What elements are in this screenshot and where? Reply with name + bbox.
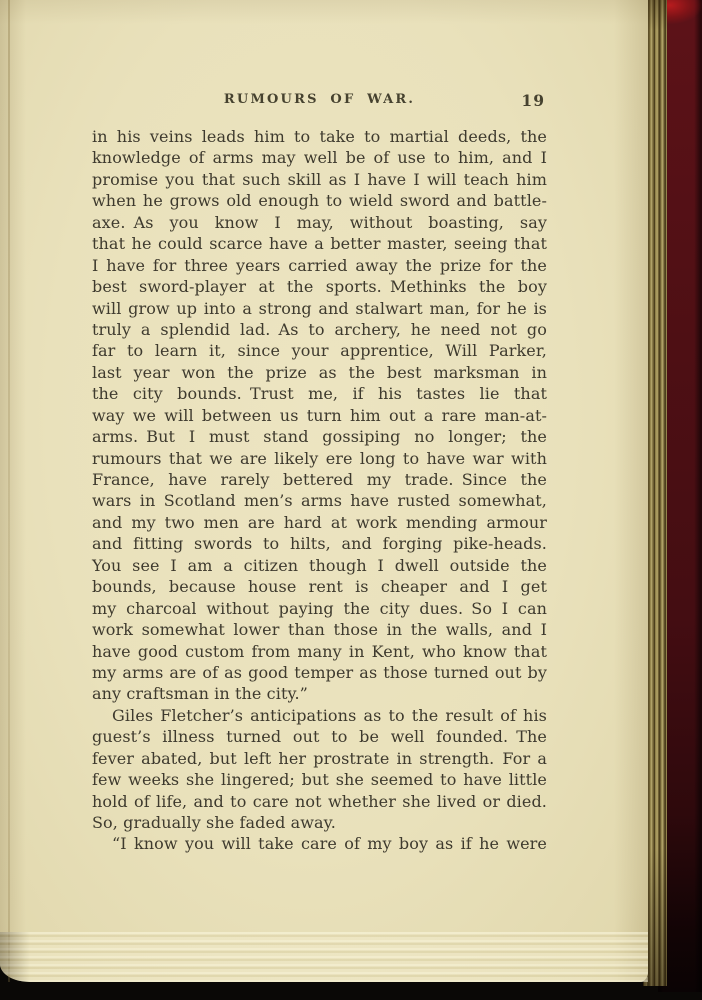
text-line: promise you that such skill as I have I … (92, 169, 547, 190)
text-line: rumours that we are likely ere long to h… (92, 448, 547, 469)
book-page: RUMOURS OF WAR. 19 in his veins leads hi… (0, 0, 648, 982)
text-line: work somewhat lower than those in the wa… (92, 619, 547, 640)
text-line: hold of life, and to care not whether sh… (92, 791, 547, 812)
text-line: bounds, because house rent is cheaper an… (92, 576, 547, 597)
text-line: France, have rarely bettered my trade. S… (92, 469, 547, 490)
text-line: that he could scarce have a better maste… (92, 233, 547, 254)
text-line: my charcoal without paying the city dues… (92, 598, 547, 619)
text-line: any craftsman in the city.” (92, 683, 547, 704)
text-line: few weeks she lingered; but she seemed t… (92, 769, 547, 790)
text-line: truly a splendid lad. As to archery, he … (92, 319, 547, 340)
running-title: RUMOURS OF WAR. (92, 92, 547, 107)
text-line: fever abated, but left her prostrate in … (92, 748, 547, 769)
page-number: 19 (521, 91, 545, 110)
text-line: far to learn it, since your apprentice, … (92, 340, 547, 361)
text-line: knowledge of arms may well be of use to … (92, 147, 547, 168)
text-line: I have for three years carried away the … (92, 255, 547, 276)
text-line: have good custom from many in Kent, who … (92, 641, 547, 662)
text-line: best sword-player at the sports. Methink… (92, 276, 547, 297)
page-body-text: in his veins leads him to take to martia… (92, 126, 547, 855)
gutter-shadow-line (8, 0, 10, 982)
text-line: the city bounds. Trust me, if his tastes… (92, 383, 547, 404)
page-bottom-edge (0, 932, 648, 982)
text-line: way we will between us turn him out a ra… (92, 405, 547, 426)
page-header: RUMOURS OF WAR. 19 (92, 92, 547, 114)
text-line: in his veins leads him to take to martia… (92, 126, 547, 147)
text-line: will grow up into a strong and stalwart … (92, 298, 547, 319)
text-line: So, gradually she faded away. (92, 812, 547, 833)
text-line: arms. But I must stand gossiping no long… (92, 426, 547, 447)
text-line: and my two men are hard at work mending … (92, 512, 547, 533)
text-line: guest’s illness turned out to be well fo… (92, 726, 547, 747)
text-line: when he grows old enough to wield sword … (92, 190, 547, 211)
text-line: last year won the prize as the best mark… (92, 362, 547, 383)
text-line: Giles Fletcher’s anticipations as to the… (92, 705, 547, 726)
text-line: axe. As you know I may, without boasting… (92, 212, 547, 233)
text-line: my arms are of as good temper as those t… (92, 662, 547, 683)
scanned-book-photo: RUMOURS OF WAR. 19 in his veins leads hi… (0, 0, 702, 1000)
text-line: and fitting swords to hilts, and forging… (92, 533, 547, 554)
text-line: wars in Scotland men’s arms have rusted … (92, 490, 547, 511)
text-line: You see I am a citizen though I dwell ou… (92, 555, 547, 576)
text-line: “I know you will take care of my boy as … (92, 833, 547, 854)
